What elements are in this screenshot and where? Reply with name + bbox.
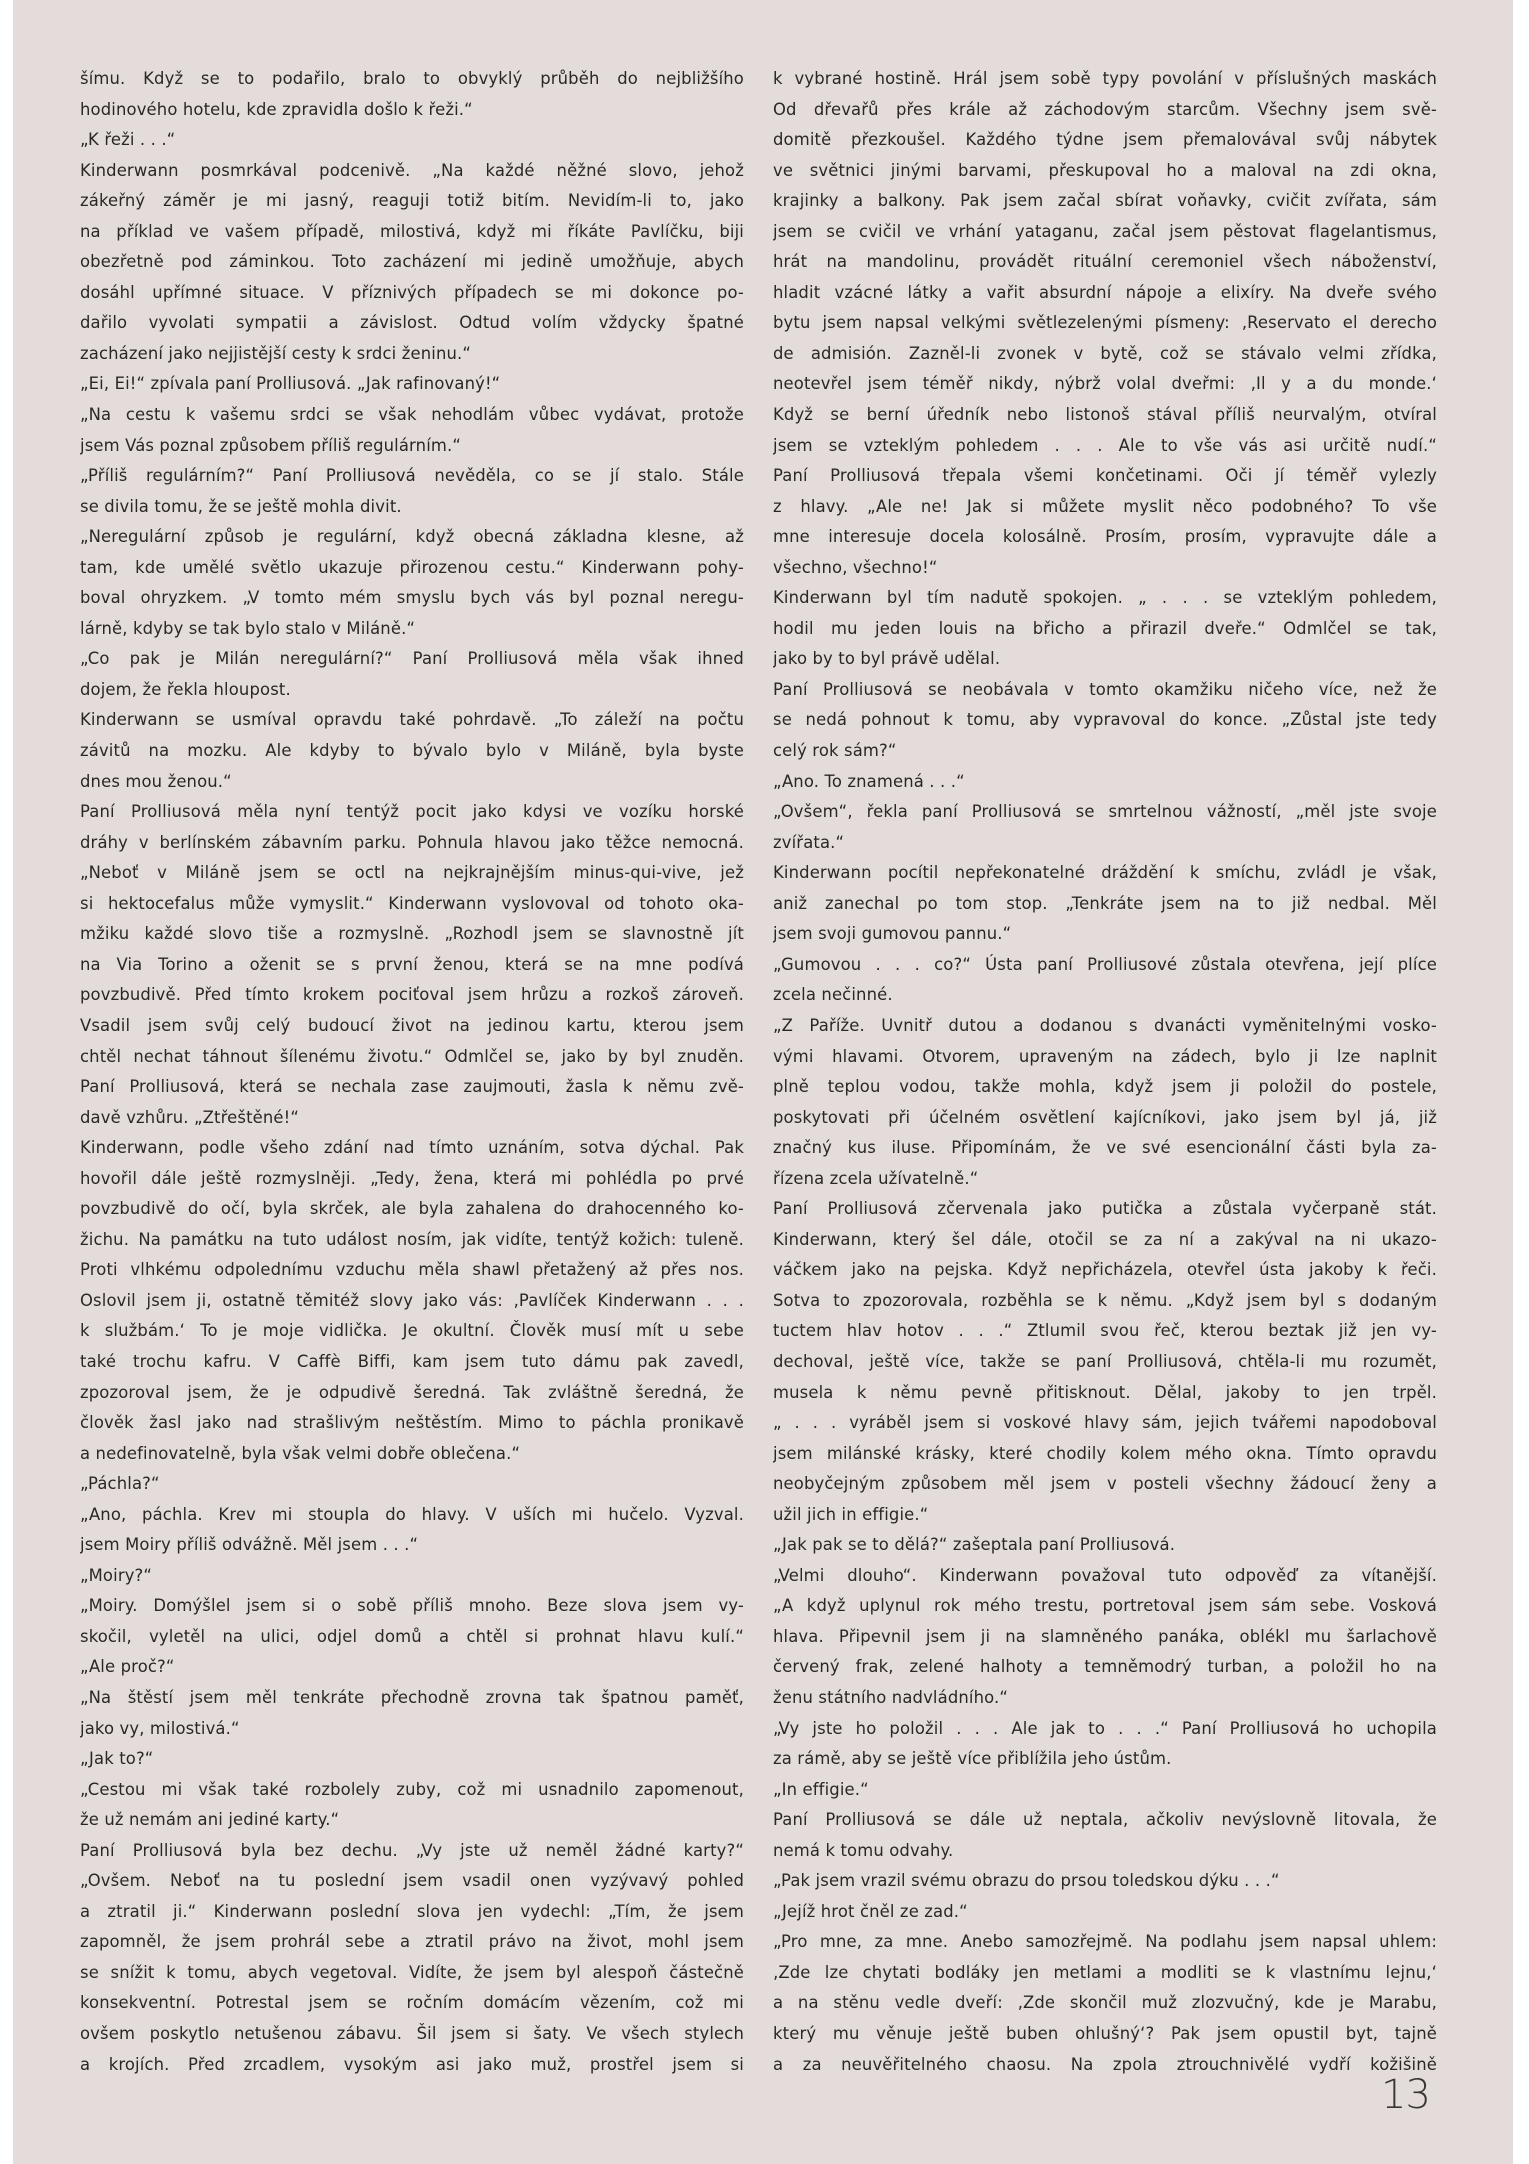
text-line: Oslovil jsem ji, ostatně těmitéž slovy j… [80,1286,744,1317]
text-column-right: k vybrané hostině. Hrál jsem sobě typy p… [773,64,1437,2080]
text-line: dechoval, ještě více, takže se paní Prol… [773,1347,1437,1378]
text-line: Paní Prolliusová třepala všemi končetina… [773,461,1437,492]
text-line: váčkem jako na pejska. Když nepřicházela… [773,1255,1437,1286]
text-line: se snížit k tomu, abych vegetoval. Vidít… [80,1958,744,1989]
text-line: jsem se vzteklým pohledem . . . Ale to v… [773,431,1437,462]
text-line: bytu jsem napsal velkými světlezelenými … [773,308,1437,339]
text-line: dosáhl upřímné situace. V příznivých pří… [80,278,744,309]
page-paper: šímu. Když se to podařilo, bralo to obvy… [13,0,1513,2164]
text-line: všechno, všechno!“ [773,553,1437,584]
text-line: skočil, vyletěl na ulici, odjel domů a c… [80,1622,744,1653]
text-line: „Jak pak se to dělá?“ zašeptala paní Pro… [773,1530,1437,1561]
text-line: Kinderwann pocítil nepřekonatelné dráždě… [773,858,1437,889]
text-line: konsekventní. Potrestal jsem se ročním d… [80,1988,744,2019]
text-line: Paní Prolliusová zčervenala jako putička… [773,1194,1437,1225]
text-line: ovšem poskytlo netušenou zábavu. Šil jse… [80,2019,744,2050]
text-line: Proti vlhkému odpolednímu vzduchu měla s… [80,1255,744,1286]
text-line: davě vzhůru. „Ztřeštěné!“ [80,1103,744,1134]
text-line: aniž zanechal po tom stop. „Tenkráte jse… [773,889,1437,920]
text-line: „ . . . vyráběl jsem si voskové hlavy sá… [773,1408,1437,1439]
text-line: se nedá pohnout k tomu, aby vypravoval d… [773,705,1437,736]
text-line: plně teplou vodou, takže mohla, když jse… [773,1072,1437,1103]
text-line: boval ohryzkem. „V tomto mém smyslu bych… [80,583,744,614]
text-line: jsem Moiry příliš odvážně. Měl jsem . . … [80,1530,744,1561]
text-line: neobyčejným způsobem měl jsem v posteli … [773,1469,1437,1500]
text-line: „Ale proč?“ [80,1652,744,1683]
text-line: Vsadil jsem svůj celý budoucí život na j… [80,1011,744,1042]
text-line: Paní Prolliusová se neobávala v tomto ok… [773,675,1437,706]
text-line: „Gumovou . . . co?“ Ústa paní Prolliusov… [773,950,1437,981]
text-line: celý rok sám?“ [773,736,1437,767]
text-line: dojem, že řekla hloupost. [80,675,744,706]
text-line: nemá k tomu odvahy. [773,1836,1437,1867]
text-line: a krojích. Před zrcadlem, vysokým asi ja… [80,2050,744,2081]
text-line: tuctem hlav hotov . . .“ Ztlumil svou ře… [773,1316,1437,1347]
text-line: „Ano. To znamená . . .“ [773,767,1437,798]
text-column-left: šímu. Když se to podařilo, bralo to obvy… [80,64,744,2080]
text-line: žichu. Na památku na tuto událost nosím,… [80,1225,744,1256]
text-line: a ztratil ji.“ Kinderwann poslední slova… [80,1897,744,1928]
text-line: de admisión. Zazněl-li zvonek v bytě, co… [773,339,1437,370]
text-line: lárně, kdyby se tak bylo stalo v Miláně.… [80,614,744,645]
text-line: hodinového hotelu, kde zpravidla došlo k… [80,95,744,126]
text-line: zákeřný záměr je mi jasný, reaguji totiž… [80,186,744,217]
text-line: k vybrané hostině. Hrál jsem sobě typy p… [773,64,1437,95]
text-line: a na stěnu vedle dveří: ‚Zde skončil muž… [773,1988,1437,2019]
text-line: jsem milánské krásky, které chodily kole… [773,1439,1437,1470]
text-line: krajinky a balkony. Pak jsem začal sbíra… [773,186,1437,217]
page-number: 13 [1381,2072,1430,2118]
text-line: červený frak, zelené halhoty a temněmodr… [773,1652,1437,1683]
text-line: za rámě, aby se ještě více přiblížila je… [773,1744,1437,1775]
text-line: neotevřel jsem téměř nikdy, nýbrž volal … [773,369,1437,400]
text-line: ‚Zde lze chytati bodláky jen metlami a m… [773,1958,1437,1989]
text-line: řízena zcela užívatelně.“ [773,1164,1437,1195]
text-line: ve světnici jinými barvami, přeskupoval … [773,156,1437,187]
text-line: „Pro mne, za mne. Anebo samozřejmě. Na p… [773,1927,1437,1958]
text-line: Paní Prolliusová měla nyní tentýž pocit … [80,797,744,828]
text-line: zcela nečinné. [773,980,1437,1011]
text-line: zacházení jako nejjistější cesty k srdci… [80,339,744,370]
text-line: dnes mou ženou.“ [80,767,744,798]
text-line: Kinderwann byl tím nadutě spokojen. „ . … [773,583,1437,614]
text-line: poskytovati při účelném osvětlení kajícn… [773,1103,1437,1134]
text-line: Od dřevařů přes krále až záchodovým star… [773,95,1437,126]
text-line: z hlavy. „Ale ne! Jak si můžete myslit n… [773,492,1437,523]
text-line: dráhy v berlínském zábavním parku. Pohnu… [80,828,744,859]
text-line: mžiku každé slovo tiše a rozmyslně. „Roz… [80,919,744,950]
text-line: „Neregulární způsob je regulární, když o… [80,522,744,553]
text-line: se divila tomu, že se ještě mohla divit. [80,492,744,523]
text-line: dařilo vyvolati sympatii a závislost. Od… [80,308,744,339]
text-line: „Co pak je Milán neregulární?“ Paní Prol… [80,644,744,675]
text-line: „Moiry. Domýšlel jsem si o sobě příliš m… [80,1591,744,1622]
text-line: Paní Prolliusová, která se nechala zase … [80,1072,744,1103]
text-line: „Ano, páchla. Krev mi stoupla do hlavy. … [80,1500,744,1531]
text-line: že už nemám ani jediné karty.“ [80,1805,744,1836]
text-line: „Vy jste ho položil . . . Ale jak to . .… [773,1714,1437,1745]
text-line: mne interesuje docela kolosálně. Prosím,… [773,522,1437,553]
text-line: a za neuvěřitelného chaosu. Na zpola ztr… [773,2050,1437,2081]
text-line: Paní Prolliusová se dále už neptala, ačk… [773,1805,1437,1836]
text-line: Kinderwann posmrkával podcenivě. „Na kaž… [80,156,744,187]
text-line: si hektocefalus může vymyslit.“ Kinderwa… [80,889,744,920]
text-line: obezřetně pod záminkou. Toto zacházení m… [80,247,744,278]
text-line: jsem se cvičil ve vrhání yataganu, začal… [773,217,1437,248]
text-line: „In effigie.“ [773,1775,1437,1806]
text-line: hrát na mandolinu, provádět rituální cer… [773,247,1437,278]
text-line: domitě přezkoušel. Každého týdne jsem př… [773,125,1437,156]
text-line: hodil mu jeden louis na břicho a přirazi… [773,614,1437,645]
text-line: značný kus iluse. Připomínám, že ve své … [773,1133,1437,1164]
text-line: Když se berní úředník nebo listonoš stáv… [773,400,1437,431]
text-line: chtěl nechat táhnout šílenému životu.“ O… [80,1042,744,1073]
text-line: užil jich in effigie.“ [773,1500,1437,1531]
text-line: šímu. Když se to podařilo, bralo to obvy… [80,64,744,95]
text-line: na Via Torino a oženit se s první ženou,… [80,950,744,981]
text-line: „Pak jsem vrazil svému obrazu do prsou t… [773,1866,1437,1897]
text-line: „K řeži . . .“ [80,125,744,156]
text-line: „Páchla?“ [80,1469,744,1500]
text-line: zvířata.“ [773,828,1437,859]
text-line: vými hlavami. Otvorem, upraveným na záde… [773,1042,1437,1073]
text-line: „Ei, Ei!“ zpívala paní Prolliusová. „Jak… [80,369,744,400]
text-line: také trochu kafru. V Caffè Biffi, kam js… [80,1347,744,1378]
text-line: Paní Prolliusová byla bez dechu. „Vy jst… [80,1836,744,1867]
text-line: hlava. Připevnil jsem ji na slamněného p… [773,1622,1437,1653]
text-line: k službám.‘ To je moje vidlička. Je okul… [80,1316,744,1347]
text-line: Kinderwann, podle všeho zdání nad tímto … [80,1133,744,1164]
text-line: „A když uplynul rok mého trestu, portret… [773,1591,1437,1622]
text-line: na příklad ve vašem případě, milostivá, … [80,217,744,248]
text-line: Kinderwann se usmíval opravdu také pohrd… [80,705,744,736]
text-line: tam, kde umělé světlo ukazuje přirozenou… [80,553,744,584]
text-line: „Z Paříže. Uvnitř dutou a dodanou s dvan… [773,1011,1437,1042]
text-line: člověk žasl jako nad strašlivým neštěstí… [80,1408,744,1439]
text-line: „Neboť v Miláně jsem se octl na nejkrajn… [80,858,744,889]
text-line: „Na cestu k vašemu srdci se však nehodlá… [80,400,744,431]
text-line: hladit vzácné látky a vařit absurdní náp… [773,278,1437,309]
text-line: „Jak to?“ [80,1744,744,1775]
text-line: musela k němu pevně přitisknout. Dělal, … [773,1378,1437,1409]
text-line: Sotva to zpozorovala, rozběhla se k němu… [773,1286,1437,1317]
text-line: jako vy, milostivá.“ [80,1714,744,1745]
text-line: „Na štěstí jsem měl tenkráte přechodně z… [80,1683,744,1714]
text-line: „Velmi dlouho“. Kinderwann považoval tut… [773,1561,1437,1592]
text-line: zpozoroval jsem, že je odpudivě šeredná.… [80,1378,744,1409]
text-line: „Moiry?“ [80,1561,744,1592]
text-line: zapomněl, že jsem prohrál sebe a ztratil… [80,1927,744,1958]
text-line: jsem svoji gumovou pannu.“ [773,919,1437,950]
text-line: jako by to byl právě udělal. [773,644,1437,675]
text-line: a nedefinovatelně, byla však velmi dobře… [80,1439,744,1470]
text-line: „Cestou mi však také rozbolely zuby, což… [80,1775,744,1806]
text-line: který mu věnuje ještě buben ohlušný‘? Pa… [773,2019,1437,2050]
text-line: povzbudivě. Před tímto krokem pociťoval … [80,980,744,1011]
text-line: jsem Vás poznal způsobem příliš regulárn… [80,431,744,462]
text-line: závitů na mozku. Ale kdyby to bývalo byl… [80,736,744,767]
text-line: povzbudivě do očí, byla skrček, ale byla… [80,1194,744,1225]
text-line: „Ovšem“, řekla paní Prolliusová se smrte… [773,797,1437,828]
text-line: hovořil dále ještě rozmyslněji. „Tedy, ž… [80,1164,744,1195]
text-line: „Příliš regulárním?“ Paní Prolliusová ne… [80,461,744,492]
text-line: „Ovšem. Neboť na tu poslední jsem vsadil… [80,1866,744,1897]
text-line: Kinderwann, který šel dále, otočil se za… [773,1225,1437,1256]
text-line: ženu státního nadvládního.“ [773,1683,1437,1714]
text-line: „Jejíž hrot čněl ze zad.“ [773,1897,1437,1928]
